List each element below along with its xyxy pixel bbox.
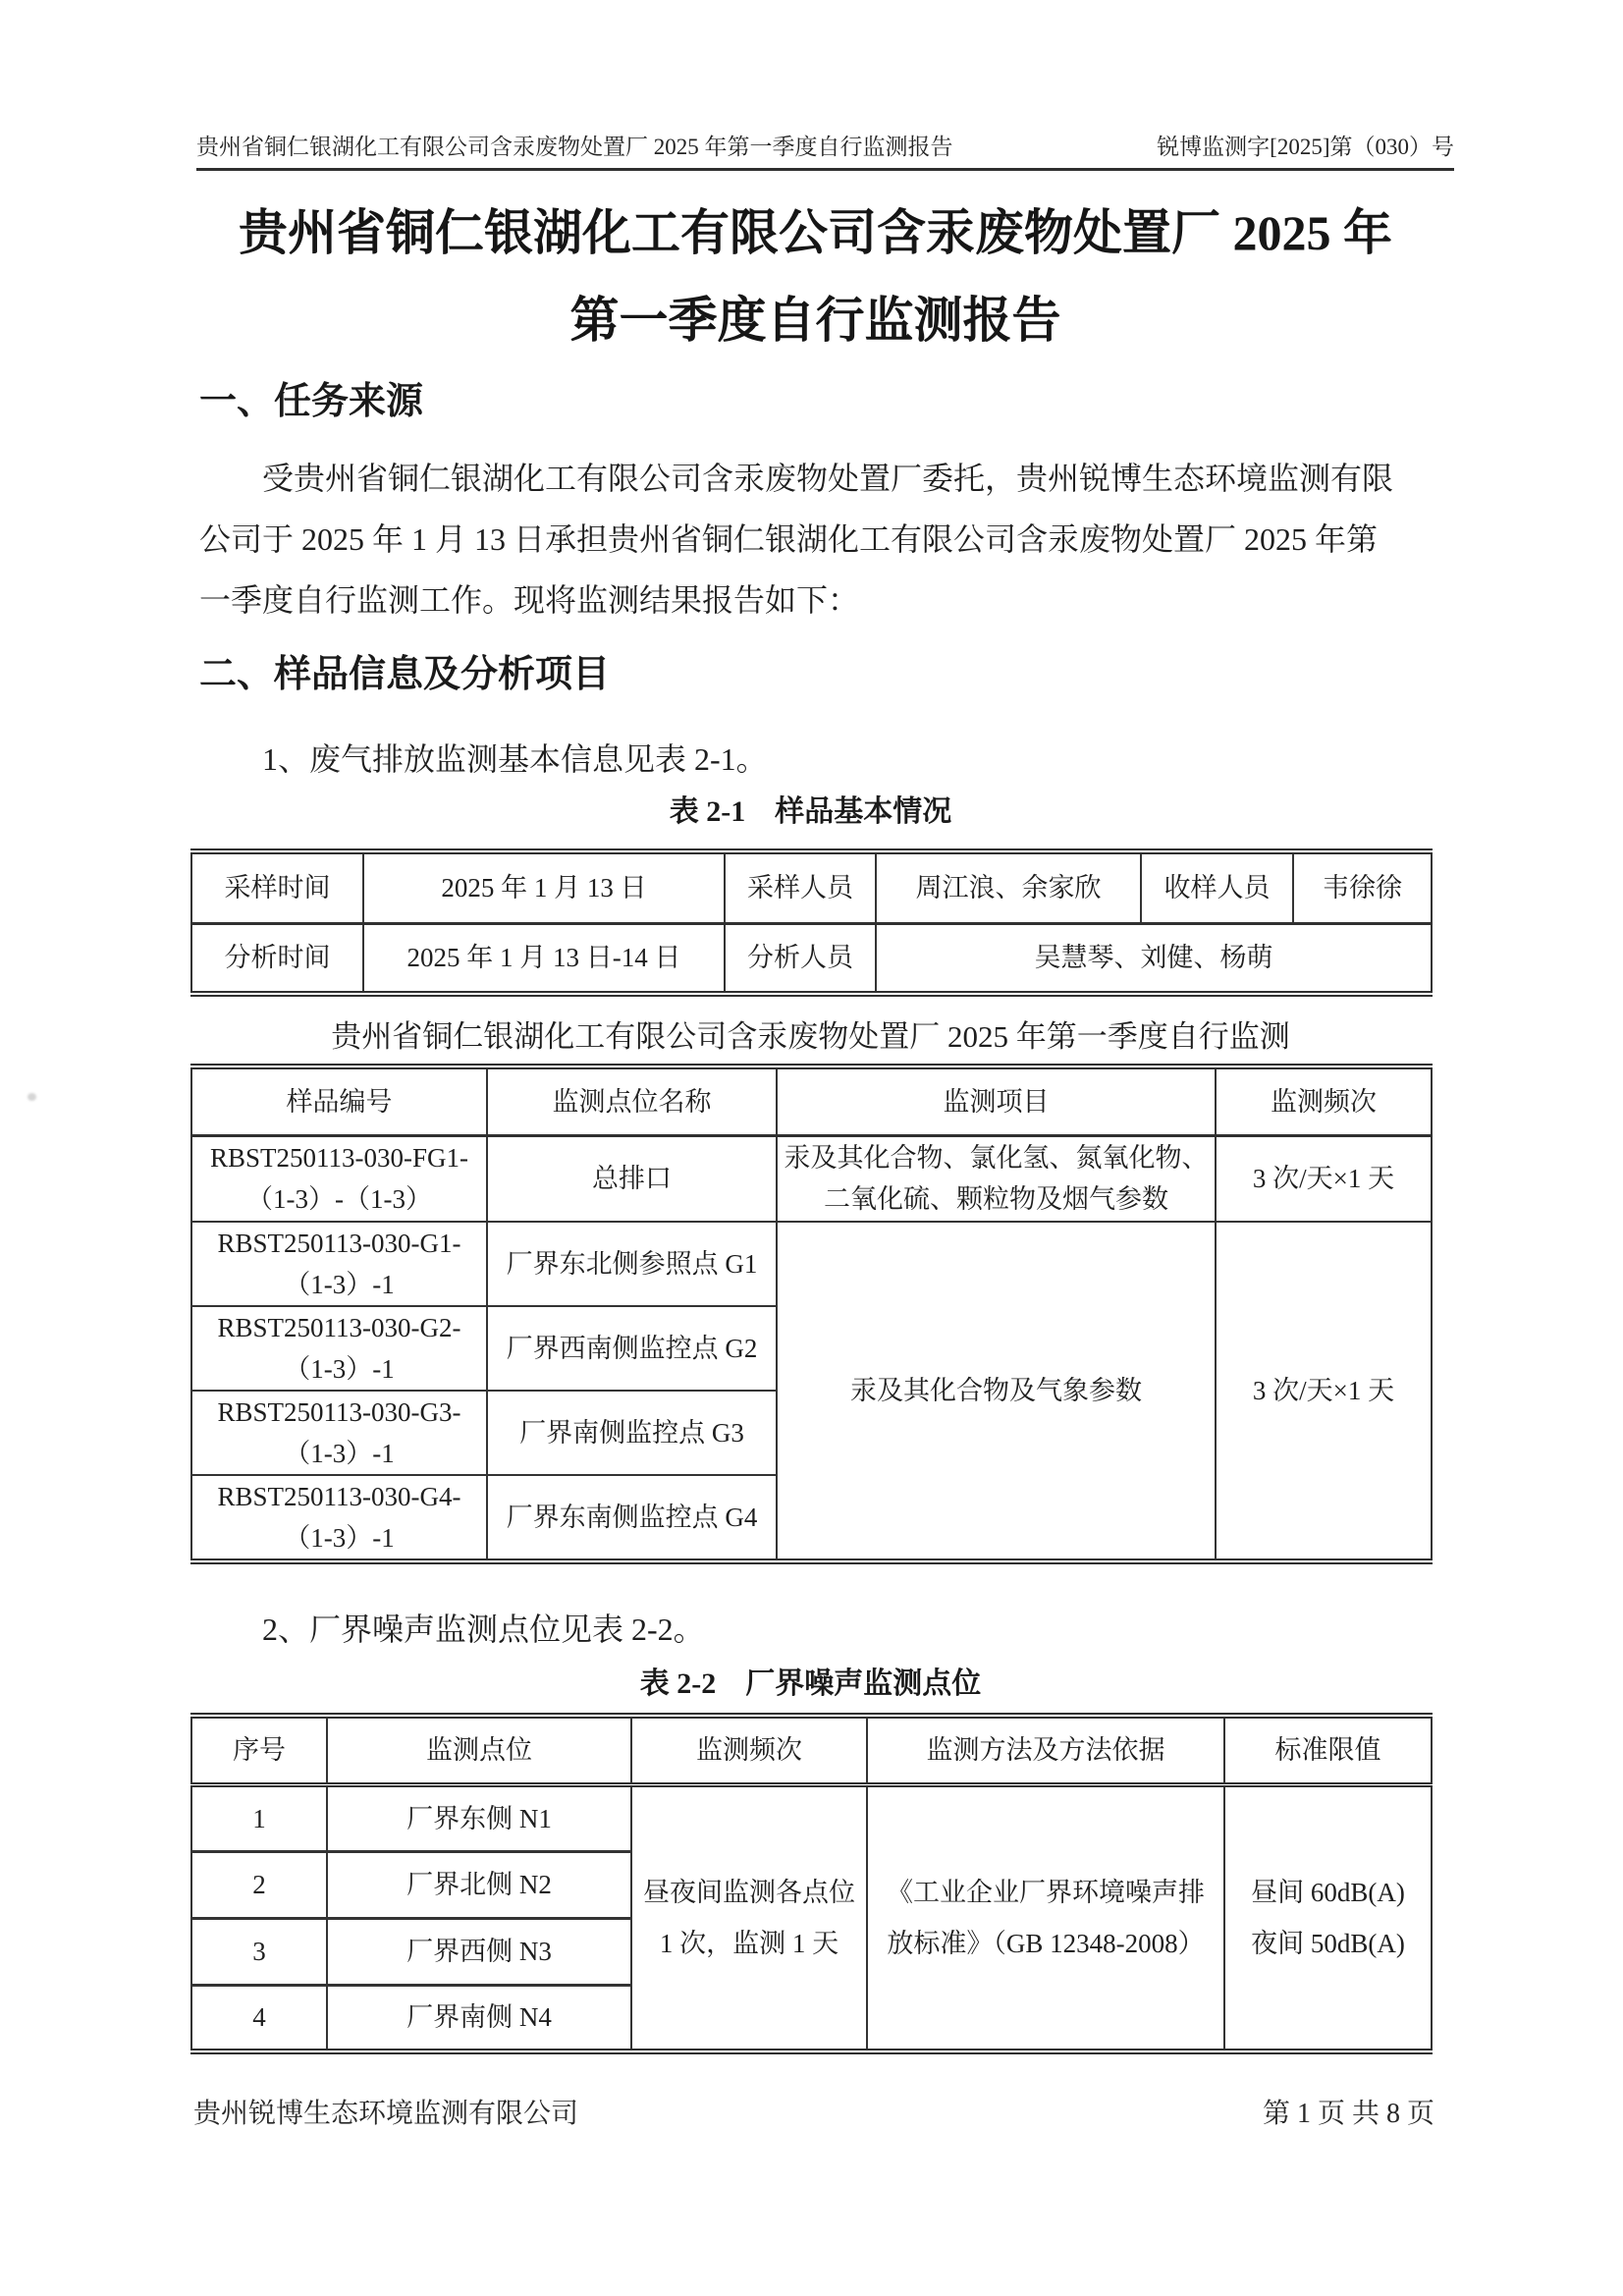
- point-cell: 厂界北侧 N2: [327, 1851, 631, 1918]
- footer-company: 贵州锐博生态环境监测有限公司: [193, 2098, 578, 2131]
- point-name-cell: 厂界东北侧参照点 G1: [487, 1222, 777, 1306]
- table-2-1-caption: 表 2-1 样品基本情况: [190, 794, 1431, 830]
- list-item-noise: 2、厂界噪声监测点位见表 2-2。: [199, 1599, 1452, 1660]
- header-doc-number: 锐博监测字[2025]第（030）号: [1157, 134, 1454, 161]
- index-cell: 3: [191, 1918, 327, 1985]
- report-title: 贵州省铜仁银湖化工有限公司含汞废物处置厂 2025 年 第一季度自行监测报告: [187, 190, 1444, 364]
- noise-point-table: 序号 监测点位 监测频次 监测方法及方法依据 标准限值 1 厂界东侧 N1 昼夜…: [190, 1713, 1433, 2054]
- point-name-cell: 厂界南侧监控点 G3: [487, 1391, 777, 1475]
- report-page: 贵州省铜仁银湖化工有限公司含汞废物处置厂 2025 年第一季度自行监测报告 锐博…: [0, 0, 1623, 2296]
- title-line-2: 第一季度自行监测报告: [187, 277, 1444, 364]
- header-left-text: 贵州省铜仁银湖化工有限公司含汞废物处置厂 2025 年第一季度自行监测报告: [196, 134, 953, 161]
- sample-id-cell: RBST250113-030-G4- （1-3）-1: [191, 1475, 487, 1561]
- point-name-cell: 厂界东南侧监控点 G4: [487, 1475, 777, 1561]
- row-label: 分析时间: [191, 923, 363, 994]
- row-label: 收样人员: [1141, 851, 1293, 923]
- method-cell-merged: 《工业企业厂界环境噪声排 放标准》（GB 12348-2008）: [867, 1784, 1224, 2051]
- limit-cell-merged: 昼间 60dB(A) 夜间 50dB(A): [1224, 1784, 1432, 2051]
- sample-id-cell: RBST250113-030-FG1- （1-3）-（1-3）: [191, 1135, 487, 1222]
- frequency-cell-merged: 3 次/天×1 天: [1216, 1222, 1432, 1561]
- column-header-point-name: 监测点位名称: [487, 1066, 777, 1135]
- point-name-cell: 厂界西南侧监控点 G2: [487, 1306, 777, 1391]
- point-cell: 厂界西侧 N3: [327, 1918, 631, 1985]
- column-header-index: 序号: [191, 1716, 327, 1784]
- index-cell: 2: [191, 1851, 327, 1918]
- sample-id-cell: RBST250113-030-G2- （1-3）-1: [191, 1306, 487, 1391]
- items-cell: 汞及其化合物、氯化氢、氮氧化物、 二氧化硫、颗粒物及烟气参数: [777, 1135, 1216, 1222]
- frequency-cell-merged: 昼夜间监测各点位 1 次，监测 1 天: [631, 1784, 867, 2051]
- list-item-waste-gas: 1、废气排放监测基本信息见表 2-1。: [199, 729, 1452, 790]
- table-2-2-caption: 表 2-2 厂界噪声监测点位: [190, 1667, 1431, 1702]
- index-cell: 1: [191, 1784, 327, 1851]
- row-label: 采样时间: [191, 851, 363, 923]
- frequency-cell: 3 次/天×1 天: [1216, 1135, 1432, 1222]
- table-cell: 周江浪、余家欣: [876, 851, 1141, 923]
- sample-id-cell: RBST250113-030-G3- （1-3）-1: [191, 1391, 487, 1475]
- items-cell-merged: 汞及其化合物及气象参数: [777, 1222, 1216, 1561]
- sample-table-caption: 贵州省铜仁银湖化工有限公司含汞废物处置厂 2025 年第一季度自行监测: [190, 1018, 1431, 1056]
- table-cell: 2025 年 1 月 13 日: [363, 851, 725, 923]
- column-header-sample-id: 样品编号: [191, 1066, 487, 1135]
- index-cell: 4: [191, 1985, 327, 2051]
- page-footer: 贵州锐博生态环境监测有限公司 第 1 页 共 8 页: [193, 2098, 1434, 2131]
- table-cell: 韦徐徐: [1293, 851, 1432, 923]
- sample-basic-info-table: 采样时间 2025 年 1 月 13 日 采样人员 周江浪、余家欣 收样人员 韦…: [190, 848, 1433, 997]
- footer-page-number: 第 1 页 共 8 页: [1263, 2098, 1434, 2131]
- page-header: 贵州省铜仁银湖化工有限公司含汞废物处置厂 2025 年第一季度自行监测报告 锐博…: [196, 134, 1454, 171]
- table-cell: 吴慧琴、刘健、杨萌: [876, 923, 1432, 994]
- title-line-1: 贵州省铜仁银湖化工有限公司含汞废物处置厂 2025 年: [187, 190, 1444, 277]
- column-header-point: 监测点位: [327, 1716, 631, 1784]
- column-header-method: 监测方法及方法依据: [867, 1716, 1224, 1784]
- task-source-paragraph: 受贵州省铜仁银湖化工有限公司含汞废物处置厂委托，贵州锐博生态环境监测有限 公司于…: [199, 448, 1452, 630]
- column-header-items: 监测项目: [777, 1066, 1216, 1135]
- point-cell: 厂界东侧 N1: [327, 1784, 631, 1851]
- section-heading-sample-info: 二、样品信息及分析项目: [199, 652, 610, 697]
- row-label: 分析人员: [725, 923, 876, 994]
- column-header-frequency: 监测频次: [1216, 1066, 1432, 1135]
- table-cell: 2025 年 1 月 13 日-14 日: [363, 923, 725, 994]
- column-header-limit: 标准限值: [1224, 1716, 1432, 1784]
- column-header-frequency: 监测频次: [631, 1716, 867, 1784]
- scan-artifact-dot: [27, 1093, 36, 1101]
- section-heading-task-source: 一、任务来源: [199, 379, 423, 424]
- point-cell: 厂界南侧 N4: [327, 1985, 631, 2051]
- sample-detail-table: 样品编号 监测点位名称 监测项目 监测频次 RBST250113-030-FG1…: [190, 1064, 1433, 1564]
- sample-id-cell: RBST250113-030-G1- （1-3）-1: [191, 1222, 487, 1306]
- row-label: 采样人员: [725, 851, 876, 923]
- point-name-cell: 总排口: [487, 1135, 777, 1222]
